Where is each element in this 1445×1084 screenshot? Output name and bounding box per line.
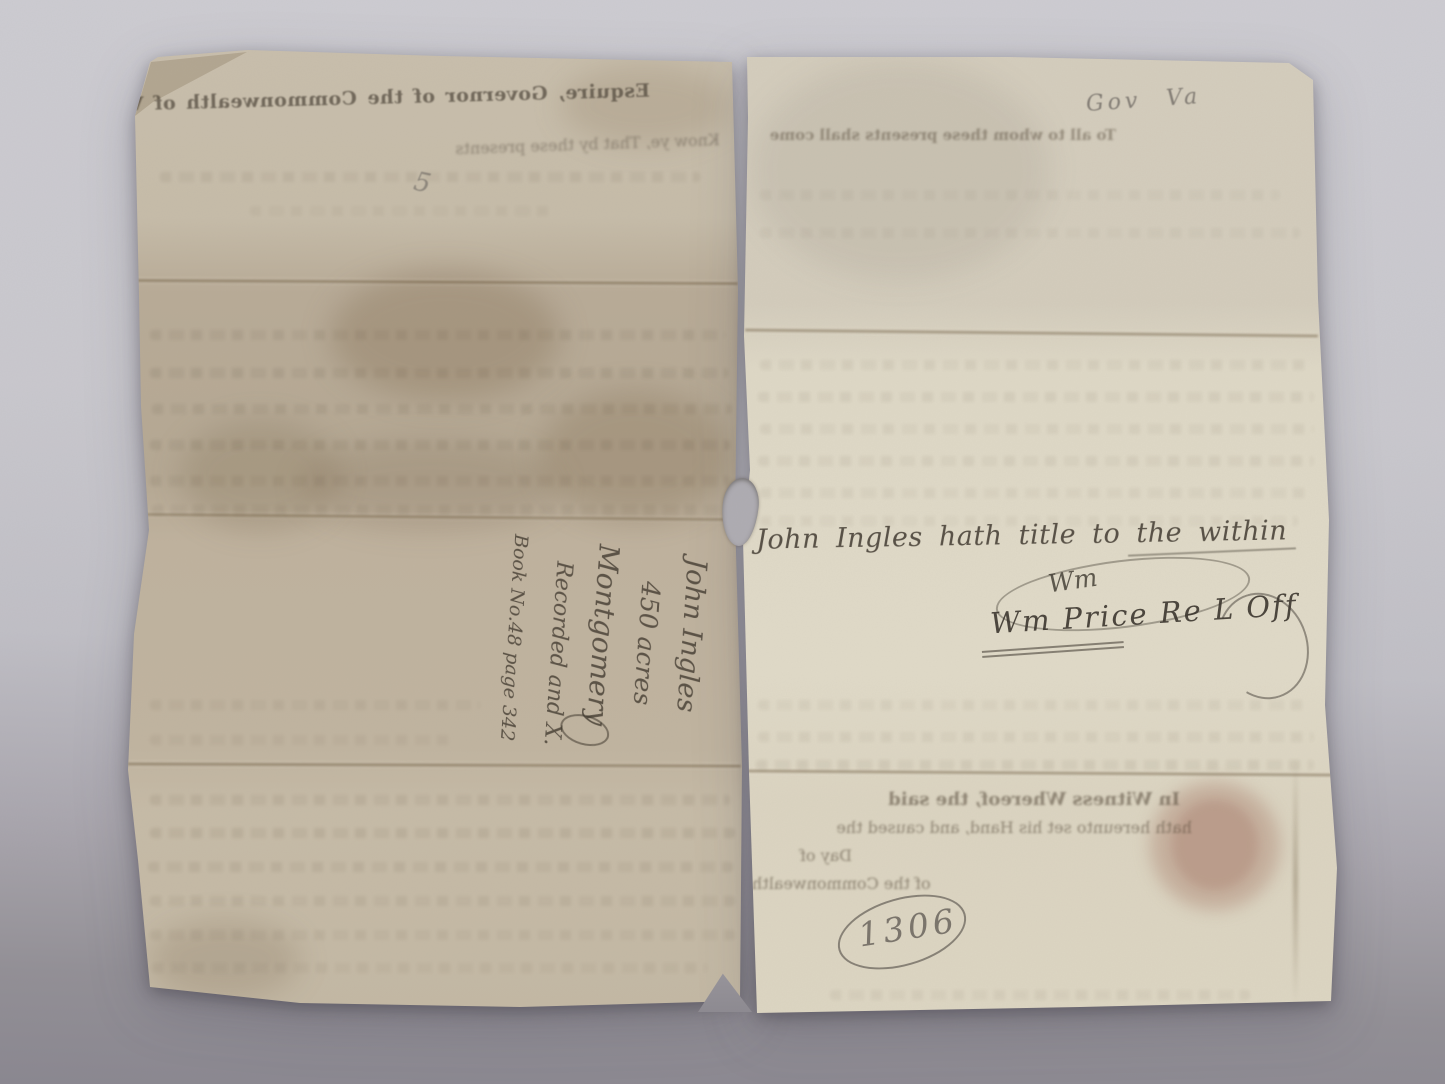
bleed-through-ghost-line (760, 228, 1300, 238)
bleed-through-line: of the Commonwealth (752, 870, 1192, 898)
bleed-through-ghost-line (756, 760, 1314, 770)
bleed-through-line: To all to whom these presents shall come (756, 126, 1116, 144)
signature-underline (982, 641, 1124, 660)
bleed-through-ghost-line (760, 488, 1308, 498)
bleed-through-paragraph: In Witness Whereof, the said hath hereun… (752, 786, 1192, 898)
bleed-through-ghost-line (760, 424, 1314, 434)
bleed-through-ghost-line (758, 732, 1314, 742)
right-page-parchment: Gov Va To all to whom these presents sha… (0, 0, 1445, 1084)
shading (750, 60, 1050, 280)
edge-crease (1293, 758, 1298, 1003)
bleed-through-ghost-line (760, 360, 1312, 370)
bleed-through-ghost-line (758, 700, 1310, 710)
photo-background: Esquire, Governor of the Commonwealth of… (0, 0, 1445, 1084)
bleed-through-ghost-line (758, 392, 1314, 402)
bleed-through-line: Day of (752, 842, 1192, 870)
bleed-through-line: hath hereunto set his Hand, and caused t… (752, 814, 1192, 842)
ink-rule (1128, 547, 1296, 556)
fold-crease (745, 327, 1318, 339)
gov-va-annotation: Gov Va (1085, 84, 1202, 117)
catalog-number-group: 1306 (836, 890, 968, 972)
bleed-through-ghost-line (830, 990, 1250, 1000)
right-page: Gov Va To all to whom these presents sha… (0, 0, 1445, 1084)
bleed-through-line: In Witness Whereof, the said (752, 786, 1192, 814)
bleed-through-ghost-line (760, 190, 1280, 200)
bleed-through-ghost-line (760, 516, 1298, 526)
bleed-through-ghost-line (758, 456, 1314, 466)
